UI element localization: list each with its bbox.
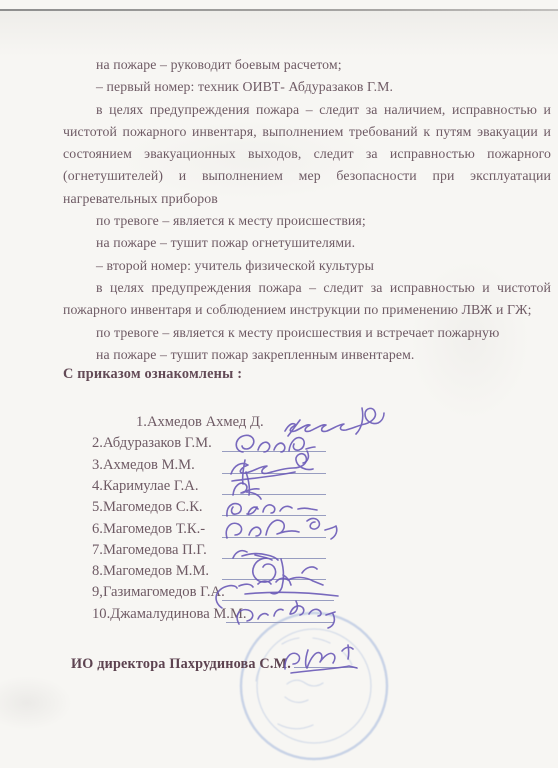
signatory-row: 10.Джамалудинова М.М.: [92, 605, 392, 626]
acknowledgment-heading: С приказом ознакомлены :: [63, 366, 242, 383]
signatory-name: 5.Магомедов С.К.: [92, 498, 203, 516]
text-line: – второй номер: учитель физической культ…: [63, 255, 551, 277]
signatory-name: 4.Каримулае Г.А.: [92, 477, 198, 495]
signatory-row: 9,Газимагомедов Г.А.: [92, 583, 392, 604]
text-line: на пожаре – тушит пожар огнетушителями.: [63, 232, 551, 254]
signature-line: [222, 450, 326, 452]
text-line: пожарного инвентаря и соблюдением инстру…: [63, 299, 551, 321]
order-text: на пожаре – руководит боевым расчетом; –…: [63, 54, 551, 366]
text-line: по тревоге – является к месту происшеств…: [63, 210, 551, 232]
signatory-name: 10.Джамалудинова М.М.: [92, 605, 247, 623]
signature-line: [226, 621, 334, 623]
text-line: в целях предупреждения пожара – следит з…: [63, 99, 551, 121]
text-line: – первый номер: техник ОИВТ- Абдуразаков…: [63, 76, 551, 98]
signatory-name: 3.Ахмедов М.М.: [92, 456, 195, 474]
text-line: на пожаре – руководит боевым расчетом;: [63, 54, 551, 76]
signatory-name: 8.Магомедов М.М.: [92, 562, 209, 580]
signatory-name: 6.Магомедов Т.К.-: [92, 520, 205, 538]
text-line: в целях предупреждения пожара – следит з…: [63, 277, 551, 299]
signatory-row: 8.Магомедов М.М.: [92, 562, 392, 583]
signature-line: [222, 557, 326, 559]
document-body: на пожаре – руководит боевым расчетом; –…: [0, 0, 558, 768]
signature-line: [222, 599, 334, 601]
director-title: ИО директора Пахрудинова С.М.: [71, 656, 291, 672]
signatory-row: 6.Магомедов Т.К.-: [92, 520, 392, 541]
signatory-row: 7.Магомедова П.Г.: [92, 541, 392, 562]
signatory-row: 5.Магомедов С.К.: [92, 498, 392, 519]
text-line: по тревоге – является к месту происшеств…: [63, 322, 551, 344]
signatory-row: 1.Ахмедов Ахмед Д.: [136, 413, 436, 434]
director-signature-block: ИО директора Пахрудинова С.М.: [71, 653, 357, 673]
text-line: чистотой пожарного инвентаря, выполнение…: [63, 121, 551, 143]
signatory-name: 9,Газимагомедов Г.А.: [92, 583, 225, 601]
text-line: состоянием эвакуационных выходов, следит…: [63, 143, 551, 165]
signature-line: [222, 578, 326, 580]
signatory-row: 4.Каримулае Г.А.: [92, 477, 392, 498]
signature-line: [222, 493, 326, 495]
signature-line: [222, 514, 326, 516]
text-line: на пожаре – тушит пожар закрепленным инв…: [63, 344, 551, 366]
signatory-name: 1.Ахмедов Ахмед Д.: [136, 413, 264, 431]
scanned-document-page: на пожаре – руководит боевым расчетом; –…: [0, 0, 558, 768]
signatory-name: 7.Магомедова П.Г.: [92, 541, 207, 559]
signatory-row: 3.Ахмедов М.М.: [92, 456, 392, 477]
text-line: нагревательных приборов: [63, 188, 551, 210]
signature-line: [222, 536, 326, 538]
signature-line: [222, 472, 326, 474]
signatory-row: 2.Абдуразаков Г.М.: [92, 434, 392, 455]
director-signature-line: [294, 653, 357, 668]
signatory-name: 2.Абдуразаков Г.М.: [92, 434, 212, 452]
text-line: (огнетушителей) и выполнением мер безопа…: [63, 165, 551, 187]
